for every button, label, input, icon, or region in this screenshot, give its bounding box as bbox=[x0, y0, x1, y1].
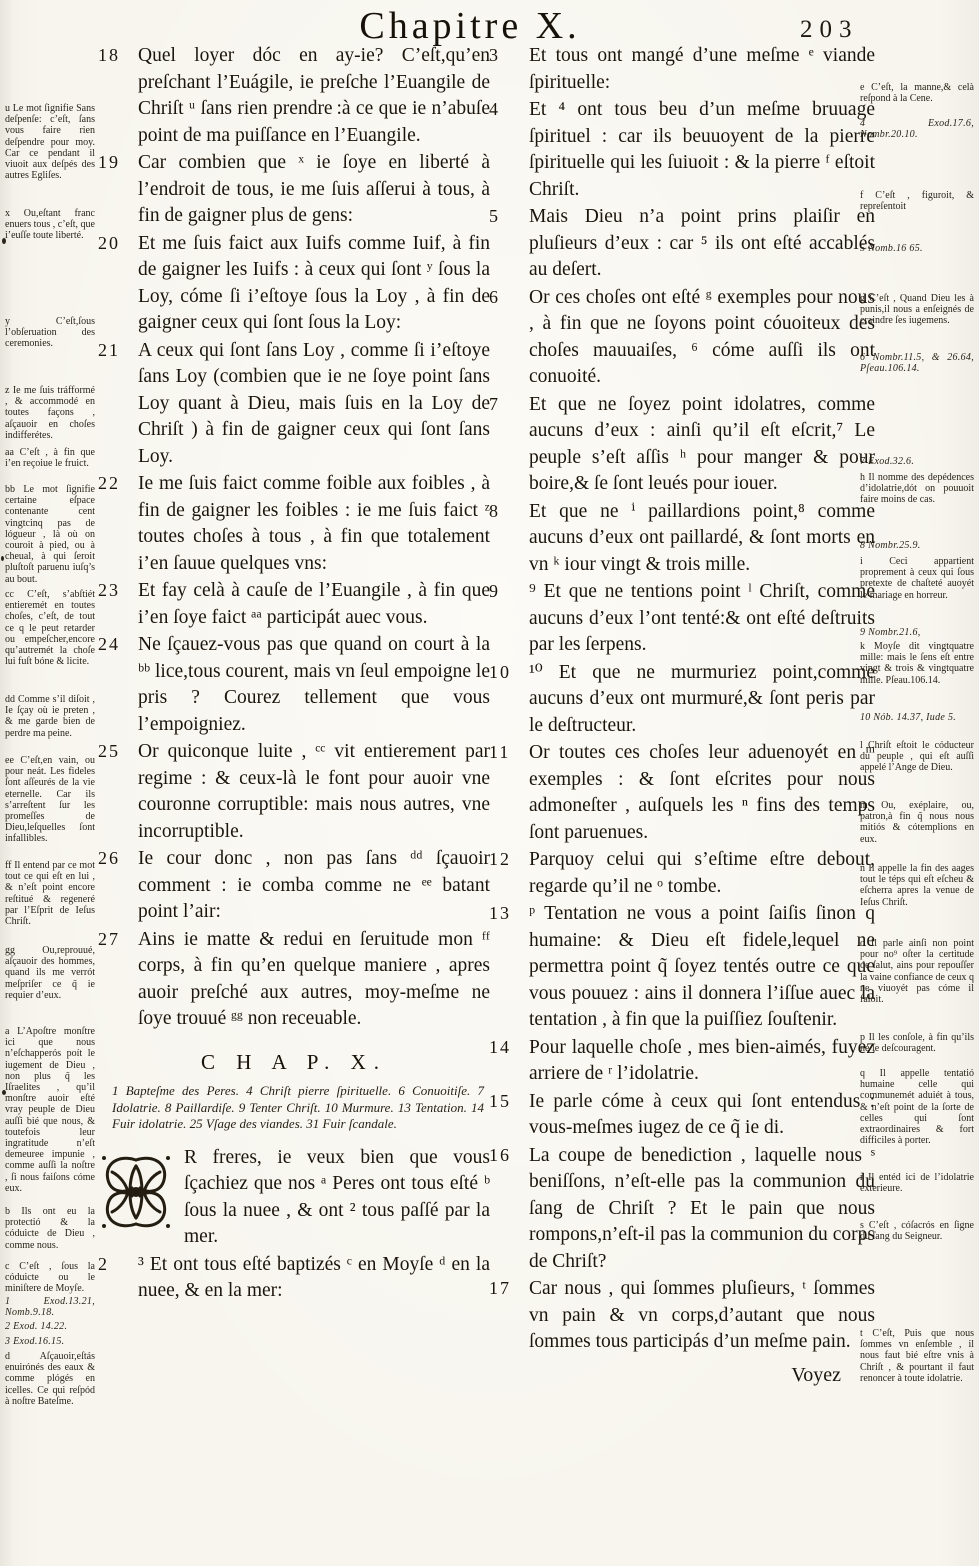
verse-paragraph: 8Et que ne ⁱ paillardions point,⁸ comme … bbox=[489, 498, 875, 579]
verse-number: 4 bbox=[489, 96, 529, 123]
scanned-bible-page: { "header": { "chapter_title": "Chapitre… bbox=[0, 0, 979, 1566]
verse-paragraph: 26Ie cour donc , non pas ſans ᵈᵈ ſçauoir… bbox=[98, 845, 490, 926]
verse-number: 13 bbox=[489, 900, 529, 927]
verse-text: Parquoy celui qui s’eſtime eſtre debout,… bbox=[529, 849, 875, 897]
verse-number: 18 bbox=[98, 42, 138, 69]
verse-paragraph: 10¹⁰ Et que ne murmuriez point,comme auc… bbox=[489, 659, 875, 740]
verse-paragraph: 16La coupe de benediction , laquelle nou… bbox=[489, 1142, 875, 1276]
verse-text: Et tous ont mangé d’une meſme ᵉ viande ſ… bbox=[529, 45, 875, 93]
margin-note: b Ils ont eu la protectió & la códuicte … bbox=[5, 1206, 95, 1251]
right-text-column: 3Et tous ont mangé d’une meſme ᵉ viande … bbox=[489, 42, 875, 1388]
verse-number: 3 bbox=[489, 42, 529, 69]
verse-text: Ie parle cóme à ceux qui ſont entendus :… bbox=[529, 1091, 875, 1139]
verse-text: La coupe de benediction , laquelle nous … bbox=[529, 1145, 875, 1272]
margin-note-reference: 2 Exod. 14.22. bbox=[5, 1321, 95, 1332]
verse-text: Or toutes ces choſes leur aduenoyét en ᵐ… bbox=[529, 742, 875, 843]
left-text-column: 18Quel loyer dóc en ay-ie? C’eſt,qu’en p… bbox=[98, 42, 490, 1305]
verse-paragraph: 19Car combien que ˣ ie ſoye en liberté à… bbox=[98, 149, 490, 230]
margin-note: cc C’eſt, s’abſtiét entieremét en toutes… bbox=[5, 589, 95, 667]
verse-text: ⁹ Et que ne tentions point ˡ Chriſt, com… bbox=[529, 581, 875, 655]
margin-note: ee C’eſt,en vain, ou pour neát. Les fide… bbox=[5, 755, 95, 845]
verse-paragraph: 6Or ces choſes ont eſté ᵍ exemples pour … bbox=[489, 284, 875, 391]
verse-text: Or ces choſes ont eſté ᵍ exemples pour n… bbox=[529, 287, 875, 388]
margin-note: t C’eſt, Puis que nous ſommes vn enſembl… bbox=[860, 1328, 974, 1384]
verse-number: 14 bbox=[489, 1034, 529, 1061]
verse-number: 15 bbox=[489, 1088, 529, 1115]
margin-note-reference: 9 Nombr.21.6, bbox=[860, 627, 974, 638]
left-margin-notes: u Le mot ſignifie Sans deſpenſe: c’eſt, … bbox=[5, 0, 95, 1566]
margin-note-reference: 3 Exod.16.15. bbox=[5, 1336, 95, 1347]
margin-note: z Ie me ſuis tráfformé , & accommodé en … bbox=[5, 385, 95, 441]
right-margin-notes: e C’eſt, la manne,& celà reſpond à la Ce… bbox=[860, 0, 974, 1566]
margin-note: a L’Apoſtre monſtre ici que nous n’eſcha… bbox=[5, 1026, 95, 1194]
verse-text: Car combien que ˣ ie ſoye en liberté à l… bbox=[138, 152, 490, 226]
margin-note: m Ou, exéplaire, ou, patron,à fin q̃ nou… bbox=[860, 800, 974, 845]
margin-note-reference: 6 Nombr.11.5, & 26.64, Pſeau.106.14. bbox=[860, 352, 974, 374]
verse-text: Pour laquelle choſe , mes bien-aimés, fu… bbox=[529, 1037, 875, 1085]
verse-paragraph: 20Et me ſuis faict aux Iuifs comme Iuif,… bbox=[98, 230, 490, 337]
verse-number: 19 bbox=[98, 149, 138, 176]
verse-number: 7 bbox=[489, 391, 529, 418]
verse-paragraph: 3Et tous ont mangé d’une meſme ᵉ viande … bbox=[489, 42, 875, 96]
verse-paragraph: 15Ie parle cóme à ceux qui ſont entendus… bbox=[489, 1088, 875, 1142]
margin-note: s C’eſt , cóſacrós en ſigne du ſang du S… bbox=[860, 1220, 974, 1242]
verse-paragraph: 21A ceux qui ſont ſans Loy , comme ſi i’… bbox=[98, 337, 490, 471]
margin-note: bb Le mot ſignifie certaine eſpace conte… bbox=[5, 484, 95, 585]
verse-text: Quel loyer dóc en ay-ie? C’eſt,qu’en pre… bbox=[138, 45, 490, 146]
verse-text: Et que ne ſoyez point idolatres, comme a… bbox=[529, 394, 875, 495]
verse-paragraph: 11Or toutes ces choſes leur aduenoyét en… bbox=[489, 739, 875, 846]
verse-paragraph: R freres, ie veux bien que vous ſçachiez… bbox=[98, 1145, 490, 1251]
margin-note: i Ceci appartient proprement à ceux qui … bbox=[860, 556, 974, 601]
margin-note: r Il entéd ici de l’idolatrie exterieure… bbox=[860, 1172, 974, 1194]
verse-text: Et fay celà à cauſe de l’Euangile , à fi… bbox=[138, 580, 490, 628]
margin-note: l Chriſt eſtoit le códucteur du peuple ,… bbox=[860, 740, 974, 774]
verse-text: ᵖ Tentation ne vous a point ſaiſis ſinon… bbox=[529, 903, 875, 1030]
verse-paragraph: 5Mais Dieu n’a point prins plaiſir en pl… bbox=[489, 203, 875, 284]
chapter-heading: C H A P. X. bbox=[98, 1049, 490, 1076]
margin-note: d Aſçauoir,eſtás enuirónés des eaux & co… bbox=[5, 1351, 95, 1407]
verse-text: Mais Dieu n’a point prins plaiſir en plu… bbox=[529, 206, 875, 280]
margin-note: dd Comme s’il diſoit , Ie ſçay où ie pre… bbox=[5, 694, 95, 739]
verse-number: 2 bbox=[98, 1251, 138, 1278]
verse-number: 27 bbox=[98, 926, 138, 953]
verse-text: Ains ie matte & redui en ſeruitude mon ᶠ… bbox=[138, 929, 490, 1030]
margin-note: o Il parle ainſi non point pour no⁹ oſte… bbox=[860, 938, 974, 1005]
margin-note: aa C’eſt , à fin que i’en reçoiue le fru… bbox=[5, 447, 95, 469]
verse-number: 11 bbox=[489, 739, 529, 766]
margin-note: gg Ou,reprouué, aſçauoir des hommes, qua… bbox=[5, 945, 95, 1001]
verse-number: 12 bbox=[489, 846, 529, 873]
verse-text: R freres, ie veux bien que vous ſçachiez… bbox=[184, 1147, 490, 1248]
margin-note-reference: 4 Exod.17.6, Nombr.20.10. bbox=[860, 118, 974, 140]
verse-number: 20 bbox=[98, 230, 138, 257]
verse-paragraph: 13ᵖ Tentation ne vous a point ſaiſis ſin… bbox=[489, 900, 875, 1034]
margin-note-reference: 1 Exod.13.21, Nomb.9.18. bbox=[5, 1296, 95, 1318]
margin-note-reference: 10 Nób. 14.37, Iude 5. bbox=[860, 712, 974, 723]
verse-paragraph: 9⁹ Et que ne tentions point ˡ Chriſt, co… bbox=[489, 578, 875, 659]
verse-paragraph: 12Parquoy celui qui s’eſtime eſtre debou… bbox=[489, 846, 875, 900]
margin-note: g C’eſt , Quand Dieu les à punis,il nous… bbox=[860, 293, 974, 327]
verse-text: Et me ſuis faict aux Iuifs comme Iuif, à… bbox=[138, 233, 490, 334]
verse-paragraph: 25Or quiconque luite , ᶜᶜ vit entieremen… bbox=[98, 738, 490, 845]
catchword: Voyez bbox=[489, 1362, 875, 1389]
verse-text: ¹⁰ Et que ne murmuriez point,comme aucun… bbox=[529, 662, 875, 736]
margin-note-reference: 7 Exod.32.6. bbox=[860, 456, 974, 467]
verse-text: Or quiconque luite , ᶜᶜ vit entierement … bbox=[138, 741, 490, 842]
margin-note: e C’eſt, la manne,& celà reſpond à la Ce… bbox=[860, 82, 974, 104]
verse-number: 21 bbox=[98, 337, 138, 364]
verse-number: 9 bbox=[489, 578, 529, 605]
verse-number: 5 bbox=[489, 203, 529, 230]
margin-note: x Ou,eſtant franc enuers tous , c’eſt, q… bbox=[5, 208, 95, 242]
margin-note: f C’eſt , figuroit, & repreſentoit bbox=[860, 190, 974, 212]
verse-text: Et que ne ⁱ paillardions point,⁸ comme a… bbox=[529, 501, 875, 575]
margin-note-reference: 5 Nomb.16 65. bbox=[860, 243, 974, 254]
verse-number: 25 bbox=[98, 738, 138, 765]
verse-paragraph: 7Et que ne ſoyez point idolatres, comme … bbox=[489, 391, 875, 498]
verse-text: ³ Et ont tous eſté baptizés ᶜ en Moyſe ᵈ… bbox=[138, 1254, 490, 1302]
verse-number: 16 bbox=[489, 1142, 529, 1169]
ink-speck bbox=[2, 1090, 6, 1095]
verse-paragraph: 24Ne ſçauez-vous pas que quand on court … bbox=[98, 631, 490, 738]
verse-number: 22 bbox=[98, 470, 138, 497]
margin-note: ff Il entend par ce mot tout ce qui eſt … bbox=[5, 860, 95, 927]
margin-note: c C’eſt , ſous la códuicte ou le miniſte… bbox=[5, 1261, 95, 1295]
verse-paragraph: 17Car nous , qui ſommes pluſieurs, ᵗ ſom… bbox=[489, 1275, 875, 1356]
margin-note: k Moyſe dit vingtquatre mille: mais le ſ… bbox=[860, 641, 974, 686]
verse-paragraph: 22Ie me ſuis faict comme foible aux foib… bbox=[98, 470, 490, 577]
verse-paragraph: 18Quel loyer dóc en ay-ie? C’eſt,qu’en p… bbox=[98, 42, 490, 149]
margin-note: p Il les conſole, à fin qu’ils ne ſe deſ… bbox=[860, 1032, 974, 1054]
margin-note: u Le mot ſignifie Sans deſpenſe: c’eſt, … bbox=[5, 103, 95, 181]
verse-paragraph: 27Ains ie matte & redui en ſeruitude mon… bbox=[98, 926, 490, 1033]
chapter-argument: 1 Bapteſme des Peres. 4 Chriſt pierre ſp… bbox=[112, 1083, 484, 1133]
verse-number: 26 bbox=[98, 845, 138, 872]
verse-number: 17 bbox=[489, 1275, 529, 1302]
verse-number: 8 bbox=[489, 498, 529, 525]
woodcut-initial-F-icon bbox=[98, 1150, 174, 1234]
verse-number: 10 bbox=[489, 659, 529, 686]
verse-text: Ie cour donc , non pas ſans ᵈᵈ ſçauoir c… bbox=[138, 848, 490, 922]
verse-paragraph: 4Et ⁴ ont tous beu d’un meſme bruuage ſp… bbox=[489, 96, 875, 203]
ink-speck bbox=[1, 556, 4, 561]
verse-number: 6 bbox=[489, 284, 529, 311]
margin-note-reference: 8 Nombr.25.9. bbox=[860, 540, 974, 551]
verse-text: Ie me ſuis faict comme foible aux foible… bbox=[138, 473, 490, 574]
margin-note: q Il appelle tentatió humaine celle qui … bbox=[860, 1068, 974, 1146]
verse-text: Car nous , qui ſommes pluſieurs, ᵗ ſomme… bbox=[529, 1278, 875, 1352]
verse-paragraph: 14Pour laquelle choſe , mes bien-aimés, … bbox=[489, 1034, 875, 1088]
verse-text: Et ⁴ ont tous beu d’un meſme bruuage ſpi… bbox=[529, 99, 875, 200]
margin-note: h Il nomme des depédences d’idolatrie,dó… bbox=[860, 472, 974, 506]
verse-number: 24 bbox=[98, 631, 138, 658]
margin-note: y C’eſt,ſous l’obſeruation des ceremonie… bbox=[5, 316, 95, 350]
margin-note: n Il appelle la fin des aages tout le té… bbox=[860, 863, 974, 908]
verse-paragraph: 2³ Et ont tous eſté baptizés ᶜ en Moyſe … bbox=[98, 1251, 490, 1305]
verse-text: A ceux qui ſont ſans Loy , comme ſi i’eſ… bbox=[138, 340, 490, 467]
verse-paragraph: 23Et fay celà à cauſe de l’Euangile , à … bbox=[98, 577, 490, 631]
verse-text: Ne ſçauez-vous pas que quand on court à … bbox=[138, 634, 490, 735]
ink-speck bbox=[2, 238, 6, 244]
verse-number: 23 bbox=[98, 577, 138, 604]
